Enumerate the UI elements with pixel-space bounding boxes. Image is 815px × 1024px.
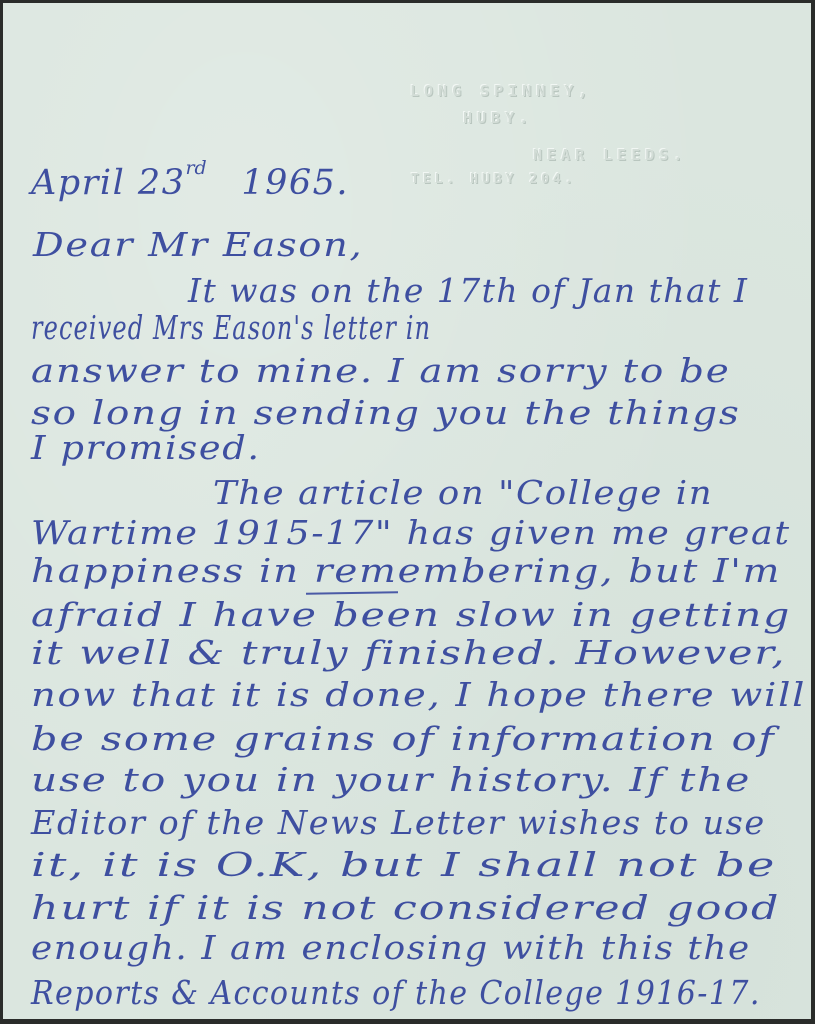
body-line: answer to mine. I am sorry to be (31, 351, 731, 390)
body-line: it well & truly finished. However, (31, 633, 786, 672)
body-line: Editor of the News Letter wishes to use (31, 803, 766, 842)
body-line: Reports & Accounts of the College 1916-1… (31, 973, 761, 1012)
body-line: afraid I have been slow in getting (31, 595, 791, 634)
date-month-day: April 23 (31, 163, 185, 203)
letterhead-village: HUBY. (463, 109, 533, 127)
letterhead-town: NEAR LEEDS. (533, 146, 687, 164)
letter-date: April 23rd 1965. (31, 163, 349, 203)
body-line: happiness in remembering, but I'm (31, 551, 781, 590)
body-line: I promised. (31, 428, 261, 467)
letterhead-telephone: TEL. HUBY 204. (411, 172, 577, 187)
body-line: be some grains of information of (31, 719, 776, 758)
body-line: it, it is O.K, but I shall not be (31, 845, 776, 884)
date-year: 1965. (241, 163, 349, 203)
body-line: The article on "College in (213, 473, 713, 512)
body-line: It was on the 17th of Jan that I (188, 271, 748, 310)
body-line: enough. I am enclosing with this the (31, 928, 751, 967)
letter-page: LONG SPINNEY, HUBY. NEAR LEEDS. TEL. HUB… (3, 3, 811, 1019)
body-line: Wartime 1915-17" has given me great (31, 513, 791, 552)
letterhead-house-name: LONG SPINNEY, (410, 82, 592, 100)
body-line: received Mrs Eason's letter in (31, 308, 431, 347)
body-line: hurt if it is not considered good (31, 888, 780, 927)
date-day-suffix: rd (185, 157, 206, 179)
body-line: use to you in your history. If the (31, 760, 751, 799)
salutation: Dear Mr Eason, (33, 225, 363, 264)
body-line: now that it is done, I hope there will (31, 675, 806, 714)
body-line: so long in sending you the things (31, 393, 740, 432)
